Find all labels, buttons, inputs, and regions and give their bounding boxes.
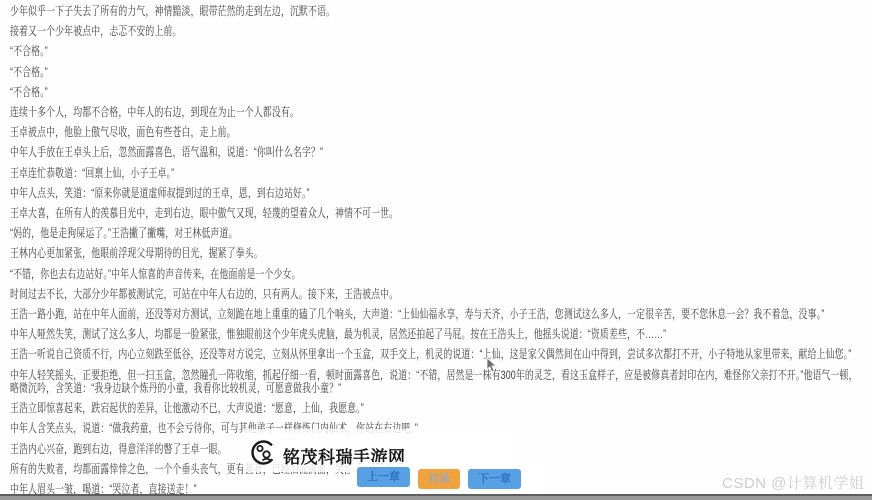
paragraph: 王浩一路小跑，站在中年人面前，还没等对方测试，立刻跪在地上重重的磕了几个响头，大…	[10, 308, 858, 321]
chapter-pager: 上一章 目录 下一章	[357, 469, 521, 489]
paragraph: 时间过去不长，大部分少年都被测试完，可站在中年人右边的，只有两人。接下来，王浩被…	[10, 288, 858, 301]
csdn-watermark: CSDN @计算机学姐	[722, 472, 864, 493]
paragraph: 中年人轻笑摇头，正要拒绝，但一扫玉盒，忽然瞳孔一阵收缩，抓起仔细一看，顿时面露喜…	[10, 369, 858, 396]
paragraph: “不错，你也去右边站好。”中年人惊喜的声音传来，在他面前是一个少女。	[10, 268, 858, 281]
bottom-window-edge	[0, 494, 872, 500]
paragraph: 王卓大喜，在所有人的羡慕目光中，走到右边，眼中傲气又现，轻蔑的望着众人，神情不可…	[10, 207, 858, 220]
prev-chapter-button[interactable]: 上一章	[357, 467, 410, 487]
paragraph: 中年人手放在王卓头上后，忽然面露喜色，语气温和，说道：“你叫什么名字？”	[10, 146, 858, 159]
chapter-text: 少年似乎一下子失去了所有的力气，神情黯淡，眼带茫然的走到左边，沉默不语。接着又一…	[10, 5, 858, 500]
paragraph: 王卓连忙恭敬道：“回禀上仙，小子王卓。”	[10, 167, 858, 180]
paragraph: “不合格。”	[10, 86, 858, 99]
paragraph: “不合格。”	[10, 45, 858, 58]
table-of-contents-button[interactable]: 目录	[418, 469, 460, 489]
paragraph: 王林内心更加紧张，他眼前浮现父母期待的目光，握紧了拳头。	[10, 247, 858, 260]
paragraph: 连续十多个人，均都不合格，中年人的右边，到现在为止一个人都没有。	[10, 106, 858, 119]
next-chapter-button[interactable]: 下一章	[468, 469, 521, 489]
site-logo-icon	[250, 439, 277, 471]
paragraph: 接着又一个少年被点中，忐忑不安的上前。	[10, 25, 858, 38]
paragraph: 王浩立即惊喜起来，跌宕起伏的差异，让他激动不已，大声说道：“愿意，上仙，我愿意。…	[10, 402, 858, 415]
paragraph: “妈的，他是走狗屎运了。”王浩撇了撇嘴，对王林低声道。	[10, 227, 858, 240]
mouse-cursor-icon	[486, 358, 498, 378]
paragraph: 少年似乎一下子失去了所有的力气，神情黯淡，眼带茫然的走到左边，沉默不语。	[10, 5, 858, 18]
paragraph: 王卓被点中，他脸上傲气尽收，面色有些苍白，走上前。	[10, 126, 858, 139]
paragraph: 王浩一听说自己资质不行，内心立刻跌至低谷，还没等对方说完，立刻从怀里拿出一个玉盒…	[10, 348, 858, 361]
paragraph: “不合格。”	[10, 66, 858, 79]
novel-reader-page: 少年似乎一下子失去了所有的力气，神情黯淡，眼带茫然的走到左边，沉默不语。接着又一…	[0, 0, 872, 500]
paragraph: 中年人点头，笑道：“原来你就是道虚师叔提到过的王卓，恩，到右边站好。”	[10, 187, 858, 200]
site-watermark-label: 铭茂科瑞手游网	[283, 443, 406, 468]
paragraph: 中年人哑然失笑，测试了这么多人，均都是一脸紧张，惟独眼前这个少年虎头虎脑，最为机…	[10, 328, 858, 341]
